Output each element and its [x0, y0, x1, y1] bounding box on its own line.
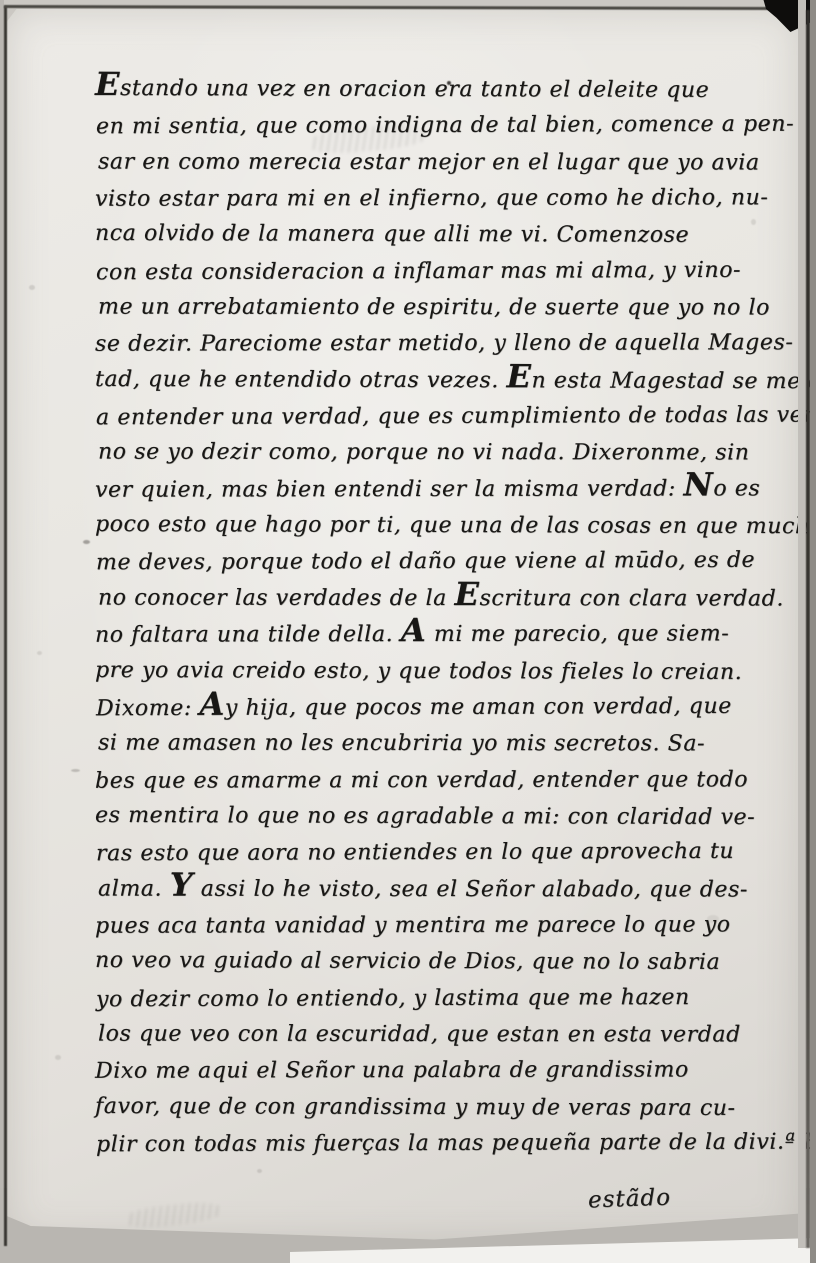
manuscript-line: yo dezir como lo entiendo, y lastima que…	[96, 979, 768, 1018]
manuscript-line: Dixo me aqui el Señor una palabra de gra…	[95, 1053, 767, 1091]
manuscript-text: Estando una vez en oracion era tanto el …	[95, 72, 767, 1162]
illuminated-initial: N	[683, 465, 713, 503]
line-text: pre yo avia creido esto, y que todos los…	[95, 657, 742, 684]
manuscript-line: tad, que he entendido otras vezes. En es…	[95, 362, 767, 400]
manuscript-line: no veo va guiado al servicio de Dios, qu…	[95, 943, 767, 981]
manuscript-line: Dixome: Ay hija, que pocos me aman con v…	[96, 689, 768, 728]
illuminated-initial: E	[95, 65, 120, 103]
illuminated-initial: Y	[170, 865, 194, 903]
ink-speck	[71, 769, 80, 772]
manuscript-line: no conocer las verdades de la Escritura …	[98, 580, 770, 617]
manuscript-line: en mi sentia, que como indigna de tal bi…	[96, 107, 768, 146]
manuscript-line: visto estar para mi en el infierno, que …	[95, 180, 767, 218]
manuscript-line: pre yo avia creido esto, y que todos los…	[95, 652, 767, 690]
page-right-gutter	[798, 0, 806, 1248]
manuscript-line: ras esto que aora no entiendes en lo que…	[96, 834, 768, 873]
line-text: stando una vez en oracion era tanto el d…	[120, 76, 709, 103]
paper-stain	[55, 1055, 61, 1060]
line-text: si me amasen no les encubriria yo mis se…	[98, 731, 705, 757]
line-text: ras esto que aora no entiendes en lo que…	[96, 839, 734, 866]
line-text: visto estar para mi en el infierno, que …	[95, 185, 768, 211]
manuscript-line: plir con todas mis fuerças la mas pequeñ…	[96, 1125, 768, 1164]
manuscript-line: nca olvido de la manera que alli me vi. …	[95, 216, 767, 254]
manuscript-line: alma. Y assi lo he visto, sea el Señor a…	[98, 871, 770, 908]
photo-right-margin	[810, 0, 816, 1263]
line-text: no conocer las verdades de la	[98, 585, 455, 610]
illuminated-initial: A	[401, 611, 427, 649]
catchword: estãdo	[588, 1185, 672, 1214]
manuscript-line: con esta consideracion a inflamar mas mi…	[96, 252, 768, 291]
manuscript-line: pues aca tanta vanidad y mentira me pare…	[95, 907, 767, 945]
manuscript-line: me deves, porque todo el daño que viene …	[96, 543, 768, 582]
line-text: nca olvido de la manera que alli me vi. …	[95, 221, 689, 248]
ink-speck	[83, 540, 90, 544]
line-text: mi me parecio, que siem-	[426, 622, 729, 648]
line-text: me deves, porque todo el daño que viene …	[96, 548, 755, 576]
manuscript-line: a entender una verdad, que es cumplimien…	[96, 398, 768, 437]
paper-stain	[257, 1169, 262, 1173]
manuscript-line: si me amasen no les encubriria yo mis se…	[98, 726, 770, 763]
line-text: los que veo con la escuridad, que estan …	[98, 1021, 741, 1047]
line-text: plir con todas mis fuerças la mas pequeñ…	[96, 1129, 816, 1157]
paper-stain	[29, 285, 35, 290]
manuscript-line: no faltara una tilde della. A mi me pare…	[95, 616, 767, 654]
manuscript-scan: { "manuscript": { "ink_color": "#181715"…	[0, 0, 816, 1263]
line-text: poco esto que hago por ti, que una de la…	[95, 512, 816, 539]
manuscript-line: no se yo dezir como, porque no vi nada. …	[98, 435, 770, 472]
line-text: sar en como merecia estar mejor en el lu…	[98, 149, 760, 175]
line-text: y hija, que pocos me aman con verdad, qu…	[225, 694, 732, 721]
line-text: Dixome:	[96, 696, 200, 721]
line-text: alma.	[98, 876, 170, 901]
line-text: es mentira lo que no es agradable a mi: …	[95, 803, 755, 830]
ink-bleedthrough-bottom	[124, 1200, 222, 1230]
manuscript-line: se dezir. Pareciome estar metido, y llen…	[95, 326, 767, 364]
line-text: no se yo dezir como, porque no vi nada. …	[98, 440, 750, 466]
line-text: no veo va guiado al servicio de Dios, qu…	[95, 948, 720, 975]
line-text: assi lo he visto, sea el Señor alabado, …	[193, 876, 748, 902]
line-text: con esta consideracion a inflamar mas mi…	[96, 258, 741, 285]
paper-stain	[37, 651, 42, 655]
line-text: Dixo me aqui el Señor una palabra de gra…	[95, 1058, 689, 1084]
line-text: yo dezir como lo entiendo, y lastima que…	[96, 985, 690, 1012]
manuscript-line: favor, que de con grandissima y muy de v…	[95, 1089, 767, 1127]
line-text: se dezir. Pareciome estar metido, y llen…	[95, 331, 793, 357]
line-text: a entender una verdad, que es cumplimien…	[96, 402, 816, 430]
illuminated-initial: E	[454, 575, 479, 613]
page-left-edge	[4, 6, 7, 1246]
illuminated-initial: A	[199, 685, 225, 723]
illuminated-initial: E	[506, 357, 531, 395]
manuscript-line: me un arrebatamiento de espiritu, de sue…	[98, 290, 770, 327]
line-text: n esta Magestad se me dio	[531, 368, 816, 394]
line-text: scritura con clara verdad.	[479, 586, 784, 611]
line-text: ver quien, mas bien entendi ser la misma…	[95, 476, 684, 502]
manuscript-line: es mentira lo que no es agradable a mi: …	[95, 798, 767, 836]
line-text: me un arrebatamiento de espiritu, de sue…	[98, 295, 770, 321]
line-text: o es	[713, 476, 760, 501]
line-text: tad, que he entendido otras vezes.	[95, 367, 507, 393]
manuscript-line: bes que es amarme a mi con verdad, enten…	[95, 762, 767, 800]
manuscript-line: los que veo con la escuridad, que estan …	[98, 1016, 770, 1053]
line-text: en mi sentia, que como indigna de tal bi…	[96, 112, 794, 140]
line-text: pues aca tanta vanidad y mentira me pare…	[95, 912, 731, 938]
line-text: bes que es amarme a mi con verdad, enten…	[95, 767, 748, 793]
manuscript-line: sar en como merecia estar mejor en el lu…	[98, 144, 770, 181]
line-text: no faltara una tilde della.	[95, 622, 401, 648]
manuscript-line: poco esto que hago por ti, que una de la…	[95, 507, 767, 545]
manuscript-line: Estando una vez en oracion era tanto el …	[95, 71, 767, 109]
manuscript-line: ver quien, mas bien entendi ser la misma…	[95, 471, 767, 509]
line-text: favor, que de con grandissima y muy de v…	[95, 1094, 736, 1121]
